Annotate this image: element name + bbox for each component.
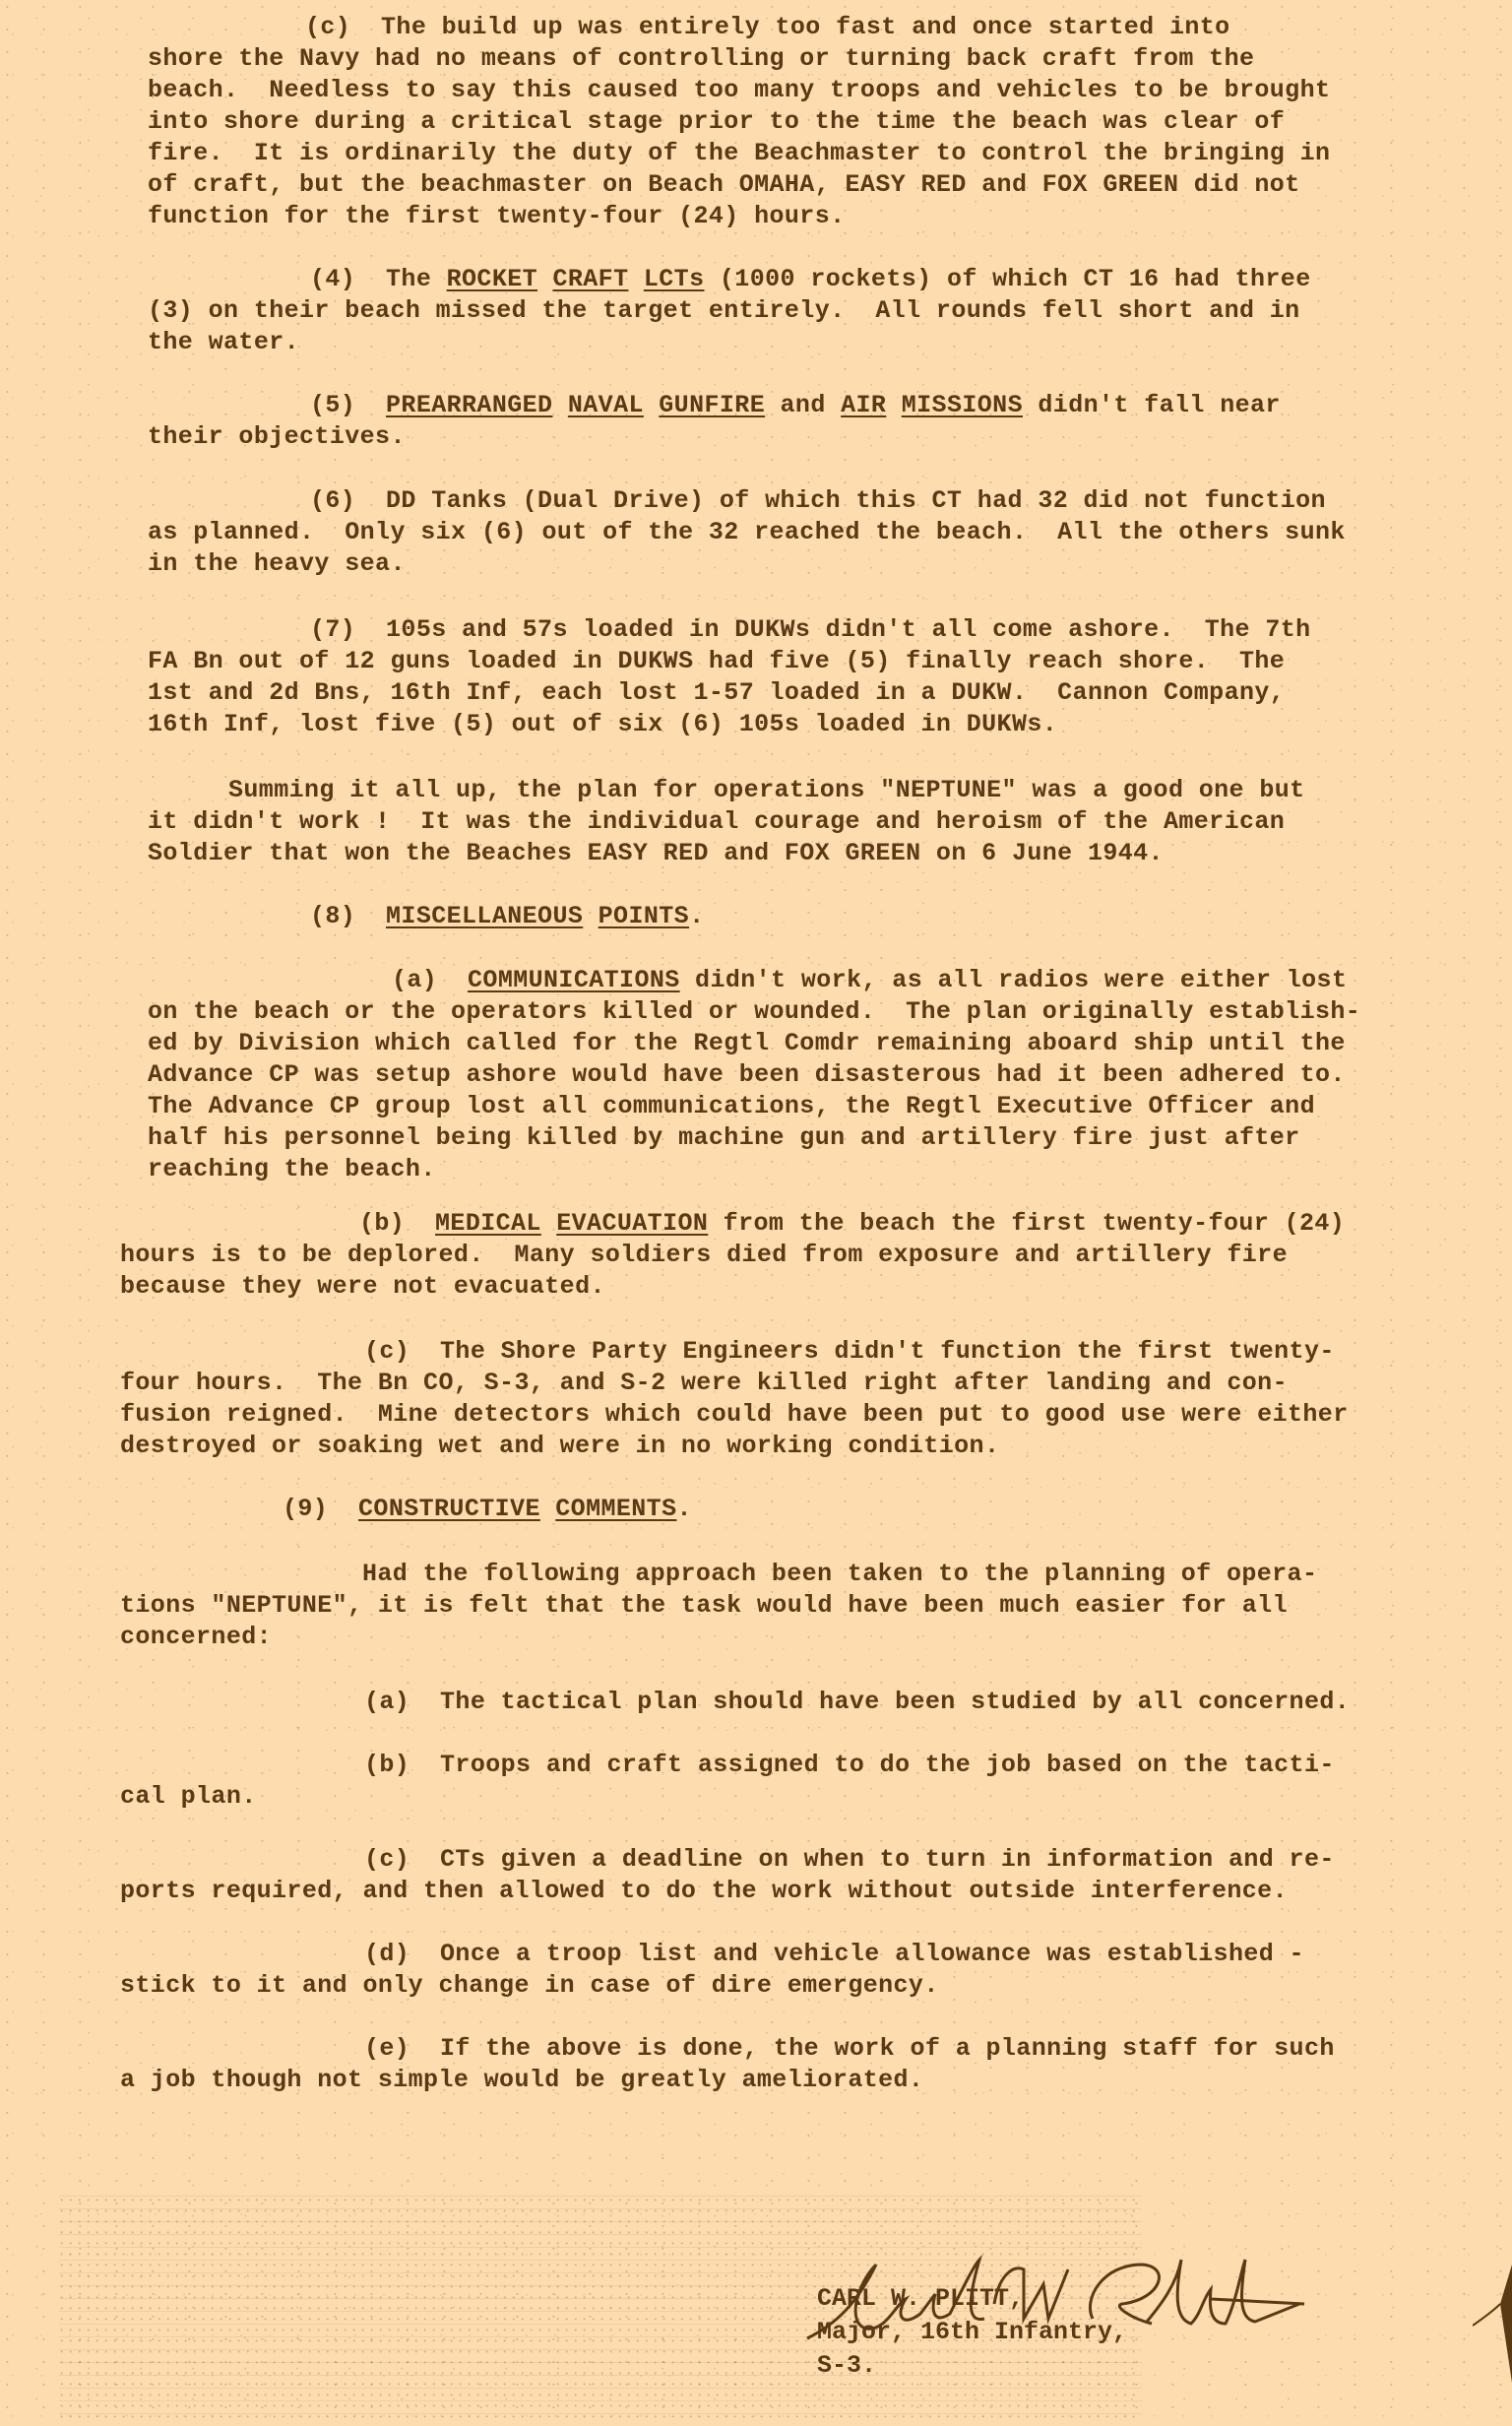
text-line: (b) Troops and craft assigned to do the … [364, 1750, 1335, 1781]
text-line: reaching the beach. [148, 1154, 436, 1185]
text-line: tions "NEPTUNE", it is felt that the tas… [120, 1590, 1288, 1622]
text-line: of craft, but the beachmaster on Beach O… [148, 169, 1300, 201]
text-line: (a) The tactical plan should have been s… [364, 1687, 1350, 1718]
text-line: the water. [148, 327, 299, 358]
text-line: their objectives. [148, 421, 406, 453]
text-line: (6) DD Tanks (Dual Drive) of which this … [310, 485, 1326, 517]
text-line: (c) The Shore Party Engineers didn't fun… [364, 1336, 1335, 1368]
text-line: (e) If the above is done, the work of a … [364, 2033, 1335, 2065]
text-line: on the beach or the operators killed or … [148, 996, 1360, 1028]
text-line: as planned. Only six (6) out of the 32 r… [148, 517, 1346, 548]
text-line: FA Bn out of 12 guns loaded in DUKWS had… [148, 646, 1285, 677]
text-line: into shore during a critical stage prior… [148, 106, 1285, 138]
text-line: a job though not simple would be greatly… [120, 2065, 923, 2096]
signer-name: CARL W. PLITT, [817, 2282, 1127, 2316]
text-line: concerned: [120, 1622, 272, 1653]
document-page: (c) The build up was entirely too fast a… [0, 0, 1512, 2426]
text-line: (a) COMMUNICATIONS didn't work, as all r… [392, 965, 1347, 996]
text-line: stick to it and only change in case of d… [120, 1970, 939, 2002]
text-line: (7) 105s and 57s loaded in DUKWs didn't … [310, 614, 1311, 646]
text-line: destroyed or soaking wet and were in no … [120, 1431, 999, 1462]
text-line: (b) MEDICAL EVACUATION from the beach th… [359, 1208, 1345, 1240]
text-line: function for the first twenty-four (24) … [148, 201, 846, 232]
text-line: Summing it all up, the plan for operatio… [228, 775, 1305, 806]
text-line: hours is to be deplored. Many soldiers d… [120, 1240, 1288, 1271]
text-line: Advance CP was setup ashore would have b… [148, 1059, 1346, 1091]
signature-block: CARL W. PLITT, Major, 16th Infantry, S-3… [817, 2282, 1127, 2383]
text-line: (5) PREARRANGED NAVAL GUNFIRE and AIR MI… [310, 390, 1281, 421]
text-line: Soldier that won the Beaches EASY RED an… [148, 838, 1164, 869]
text-line: in the heavy sea. [148, 548, 406, 580]
text-line: 16th Inf, lost five (5) out of six (6) 1… [148, 709, 1057, 740]
text-line: ports required, and then allowed to do t… [120, 1876, 1288, 1907]
text-line: (9) CONSTRUCTIVE COMMENTS. [283, 1494, 692, 1525]
text-line: because they were not evacuated. [120, 1271, 605, 1303]
text-line: (d) Once a troop list and vehicle allowa… [364, 1939, 1304, 1970]
text-line: (c) The build up was entirely too fast a… [305, 12, 1230, 43]
corner-fold-mark [1473, 2265, 1512, 2383]
text-line: shore the Navy had no means of controlli… [148, 43, 1254, 75]
text-line: beach. Needless to say this caused too m… [148, 75, 1330, 106]
text-line: half his personnel being killed by machi… [148, 1122, 1300, 1154]
text-line: four hours. The Bn CO, S-3, and S-2 were… [120, 1368, 1288, 1399]
text-line: (c) CTs given a deadline on when to turn… [364, 1844, 1335, 1876]
text-line: fire. It is ordinarily the duty of the B… [148, 138, 1330, 169]
text-line: fusion reigned. Mine detectors which cou… [120, 1399, 1349, 1431]
text-line: it didn't work ! It was the individual c… [148, 806, 1285, 838]
signer-position: S-3. [817, 2349, 1127, 2383]
text-line: cal plan. [120, 1781, 257, 1813]
text-line: ed by Division which called for the Regt… [148, 1028, 1346, 1059]
signer-rank: Major, 16th Infantry, [817, 2316, 1127, 2349]
text-line: (3) on their beach missed the target ent… [148, 295, 1300, 327]
text-line: The Advance CP group lost all communicat… [148, 1091, 1315, 1122]
text-line: 1st and 2d Bns, 16th Inf, each lost 1-57… [148, 677, 1285, 709]
text-line: (4) The ROCKET CRAFT LCTs (1000 rockets)… [310, 264, 1311, 295]
text-line: (8) MISCELLANEOUS POINTS. [310, 901, 704, 932]
text-line: Had the following approach been taken to… [362, 1559, 1317, 1590]
